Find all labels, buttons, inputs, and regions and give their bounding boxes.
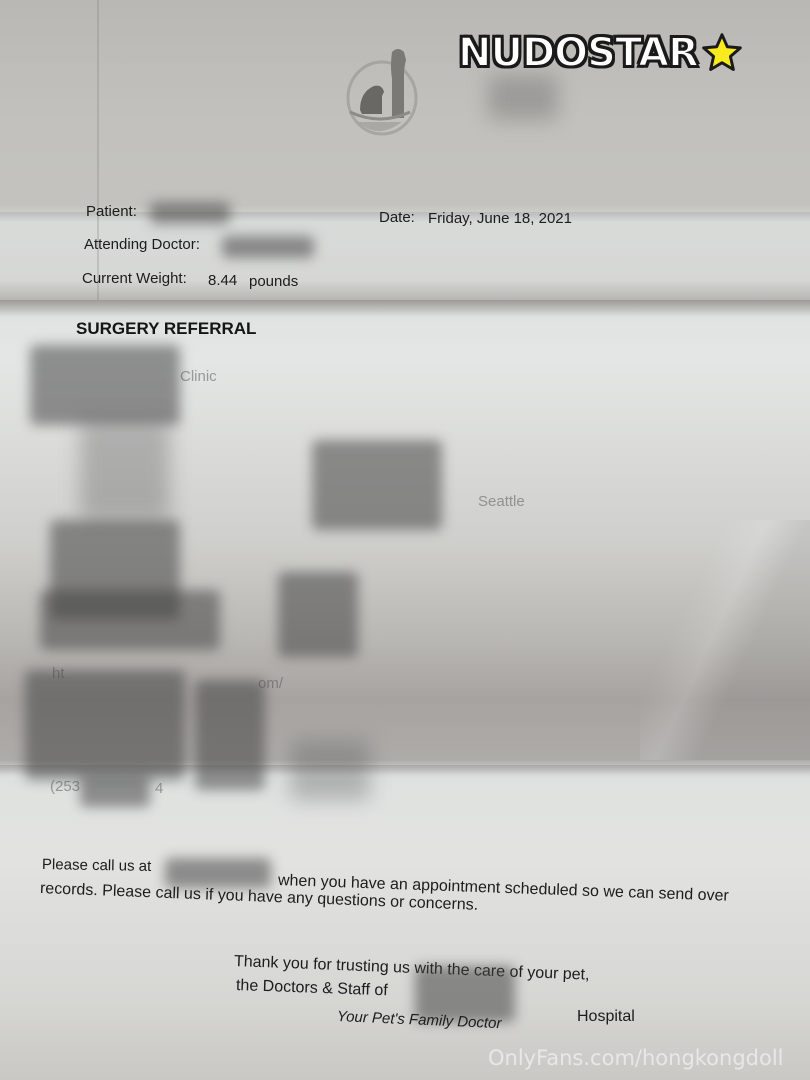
- faded-phone-end: 4: [155, 780, 163, 797]
- body-line1-start: Please call us at: [42, 856, 152, 875]
- faded-clinic-fragment: Clinic: [180, 368, 217, 385]
- paper-edge-line: [97, 0, 99, 300]
- current-weight-label: Current Weight:: [82, 270, 187, 287]
- redacted-clinic-name: [488, 75, 558, 120]
- redacted-block: [80, 420, 170, 520]
- cat-and-dog-logo-icon: [344, 40, 426, 140]
- redacted-block: [30, 345, 180, 425]
- redacted-block: [290, 740, 370, 800]
- footer-watermark: OnlyFans.com/hongkongdoll: [488, 1046, 784, 1070]
- redacted-block: [312, 440, 442, 530]
- paper-crease: [640, 520, 810, 760]
- document-title: SURGERY REFERRAL: [76, 319, 256, 339]
- redacted-doctor-name: [222, 236, 314, 258]
- date-label: Date:: [379, 209, 415, 226]
- redacted-patient-name: [150, 202, 230, 224]
- paper-fold: [0, 300, 810, 316]
- redacted-block: [40, 590, 220, 650]
- redacted-block: [278, 572, 358, 657]
- faded-phone-start: (253: [50, 778, 80, 795]
- redacted-block: [25, 670, 185, 780]
- brand-text: NUDOSTAR: [458, 30, 698, 76]
- brand-watermark: NUDOSTAR: [458, 30, 744, 76]
- faded-city-fragment: Seattle: [478, 493, 525, 510]
- redacted-body-phone: [165, 858, 271, 888]
- star-icon: [700, 31, 744, 75]
- redacted-block: [195, 680, 265, 790]
- closing-line2-end: Hospital: [577, 1008, 635, 1026]
- patient-label: Patient:: [86, 203, 137, 220]
- date-value: Friday, June 18, 2021: [428, 210, 572, 227]
- current-weight-unit: pounds: [249, 273, 298, 290]
- current-weight-value: 8.44: [208, 272, 237, 289]
- attending-doctor-label: Attending Doctor:: [84, 236, 200, 253]
- redacted-phone: [80, 775, 150, 807]
